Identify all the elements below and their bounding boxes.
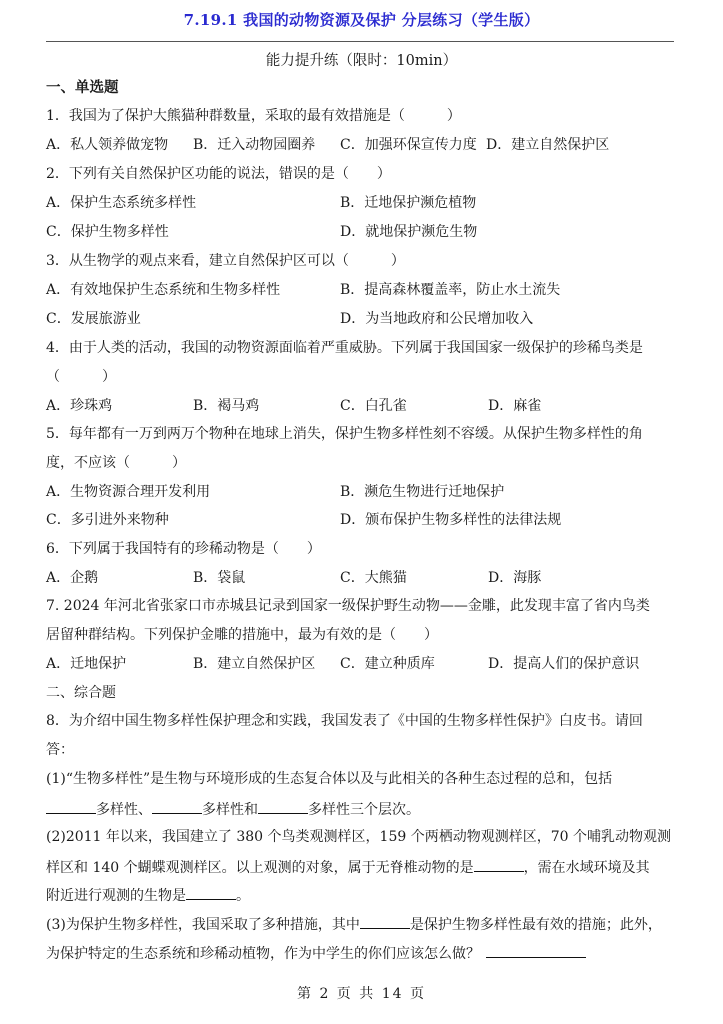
question-6-option-c: C．大熊猫 xyxy=(340,569,407,587)
question-2-option-a: A．保护生态系统多样性 xyxy=(46,194,196,212)
answer-blank[interactable] xyxy=(360,914,410,929)
question-1-stem: 1．我国为了保护大熊猫种群数量，采取的最有效措施是（ ） xyxy=(46,107,461,125)
question-2-option-b: B．迁地保护濒危植物 xyxy=(340,194,476,212)
question-5-stem: 5．每年都有一万到两万个物种在地球上消失，保护生物多样性刻不容缓。从保护生物多样… xyxy=(46,425,643,443)
question-4-stem: 4．由于人类的活动，我国的动物资源面临着严重威胁。下列属于我国国家一级保护的珍稀… xyxy=(46,339,643,357)
document-title: 7.19.1 我国的动物资源及保护 分层练习（学生版） xyxy=(0,9,723,30)
question-5-option-c: C．多引进外来物种 xyxy=(46,511,169,529)
question-7-option-b: B．建立自然保护区 xyxy=(193,655,315,673)
question-text: 。 xyxy=(236,888,250,904)
question-text: 附近进行观测的生物是 xyxy=(46,888,186,904)
answer-blank[interactable] xyxy=(186,885,236,900)
question-3-stem: 3．从生物学的观点来看，建立自然保护区可以（ ） xyxy=(46,252,405,270)
question-text: ，需在水域环境及其 xyxy=(524,860,650,876)
question-3-option-b: B．提高森林覆盖率，防止水土流失 xyxy=(340,281,560,299)
question-4-option-d: D．麻雀 xyxy=(488,397,541,415)
question-1-option-a: A．私人领养做宠物 xyxy=(46,136,168,154)
question-1-option-b: B．迁入动物园圈养 xyxy=(193,136,315,154)
document-page: 7.19.1 我国的动物资源及保护 分层练习（学生版） 能力提升练（限时：10m… xyxy=(0,0,723,1024)
question-7-option-a: A．迁地保护 xyxy=(46,655,126,673)
question-8-part-1-blanks: 多样性、多样性和多样性三个层次。 xyxy=(46,799,420,819)
question-5-stem-continued: 度，不应该（ ） xyxy=(46,454,186,472)
answer-blank[interactable] xyxy=(486,943,586,958)
question-1-option-d: D．建立自然保护区 xyxy=(486,136,609,154)
question-text: 样区和 140 个蝴蝶观测样区。以上观测的对象，属于无脊椎动物的是 xyxy=(46,860,474,876)
document-subtitle: 能力提升练（限时：10min） xyxy=(0,49,723,70)
question-8-stem: 8．为介绍中国生物多样性保护理念和实践，我国发表了《中国的生物多样性保护》白皮书… xyxy=(46,712,643,730)
header-divider xyxy=(46,41,674,42)
question-6-option-b: B．袋鼠 xyxy=(193,569,245,587)
question-2-option-d: D．就地保护濒危生物 xyxy=(340,223,477,241)
question-8-stem-continued: 答： xyxy=(46,741,74,759)
question-7-stem: 7. 2024 年河北省张家口市赤城县记录到国家一级保护野生动物——金雕，此发现… xyxy=(46,597,650,615)
question-5-option-d: D．颁布保护生物多样性的法律法规 xyxy=(340,511,561,529)
section-heading-single-choice: 一、单选题 xyxy=(46,79,119,97)
question-text: (3)为保护生物多样性，我国采取了多种措施，其中 xyxy=(46,917,360,933)
answer-blank[interactable] xyxy=(46,799,96,814)
question-4-option-b: B．褐马鸡 xyxy=(193,397,259,415)
question-8-part-2-line-3: 附近进行观测的生物是。 xyxy=(46,885,250,905)
question-text: 为保护特定的生态系统和珍稀动植物，作为中学生的你们应该怎么做？ xyxy=(46,946,480,962)
question-7-stem-continued: 居留种群结构。下列保护金雕的措施中，最为有效的是（ ） xyxy=(46,626,438,644)
question-8-part-3-line-2: 为保护特定的生态系统和珍稀动植物，作为中学生的你们应该怎么做？ xyxy=(46,943,586,963)
page-number: 第 2 页 共 14 页 xyxy=(0,983,723,1003)
question-6-option-d: D．海豚 xyxy=(488,569,541,587)
question-7-option-d: D．提高人们的保护意识 xyxy=(488,655,639,673)
question-6-option-a: A．企鹅 xyxy=(46,569,98,587)
question-8-part-3: (3)为保护生物多样性，我国采取了多种措施，其中是保护生物多样性最有效的措施；此… xyxy=(46,914,662,934)
blank-suffix-text: 多样性、 xyxy=(96,802,152,818)
question-2-option-c: C．保护生物多样性 xyxy=(46,223,169,241)
question-4-option-c: C．白孔雀 xyxy=(340,397,407,415)
question-7-option-c: C．建立种质库 xyxy=(340,655,435,673)
question-text: 是保护生物多样性最有效的措施；此外， xyxy=(410,917,662,933)
question-3-option-a: A．有效地保护生态系统和生物多样性 xyxy=(46,281,280,299)
question-8-part-1: (1)“生物多样性”是生物与环境形成的生态复合体以及与此相关的各种生态过程的总和… xyxy=(46,770,612,788)
question-8-part-2-line-2: 样区和 140 个蝴蝶观测样区。以上观测的对象，属于无脊椎动物的是，需在水域环境… xyxy=(46,857,650,877)
blank-suffix-text: 多样性和 xyxy=(202,802,258,818)
answer-blank[interactable] xyxy=(152,799,202,814)
question-1-option-c: C．加强环保宣传力度 xyxy=(340,136,477,154)
answer-blank[interactable] xyxy=(258,799,308,814)
question-3-option-c: C．发展旅游业 xyxy=(46,310,141,328)
question-2-stem: 2．下列有关自然保护区功能的说法，错误的是（ ） xyxy=(46,165,391,183)
question-5-option-b: B．濒危生物进行迁地保护 xyxy=(340,483,504,501)
question-8-part-2: (2)2011 年以来，我国建立了 380 个鸟类观测样区，159 个两栖动物观… xyxy=(46,828,671,846)
question-4-option-a: A．珍珠鸡 xyxy=(46,397,112,415)
blank-suffix-text: 多样性三个层次。 xyxy=(308,802,420,818)
question-3-option-d: D．为当地政府和公民增加收入 xyxy=(340,310,533,328)
question-4-stem-continued: （ ） xyxy=(46,368,116,386)
section-heading-comprehensive: 二、综合题 xyxy=(46,684,116,702)
answer-blank[interactable] xyxy=(474,857,524,872)
question-5-option-a: A．生物资源合理开发利用 xyxy=(46,483,210,501)
question-6-stem: 6．下列属于我国特有的珍稀动物是（ ） xyxy=(46,540,321,558)
